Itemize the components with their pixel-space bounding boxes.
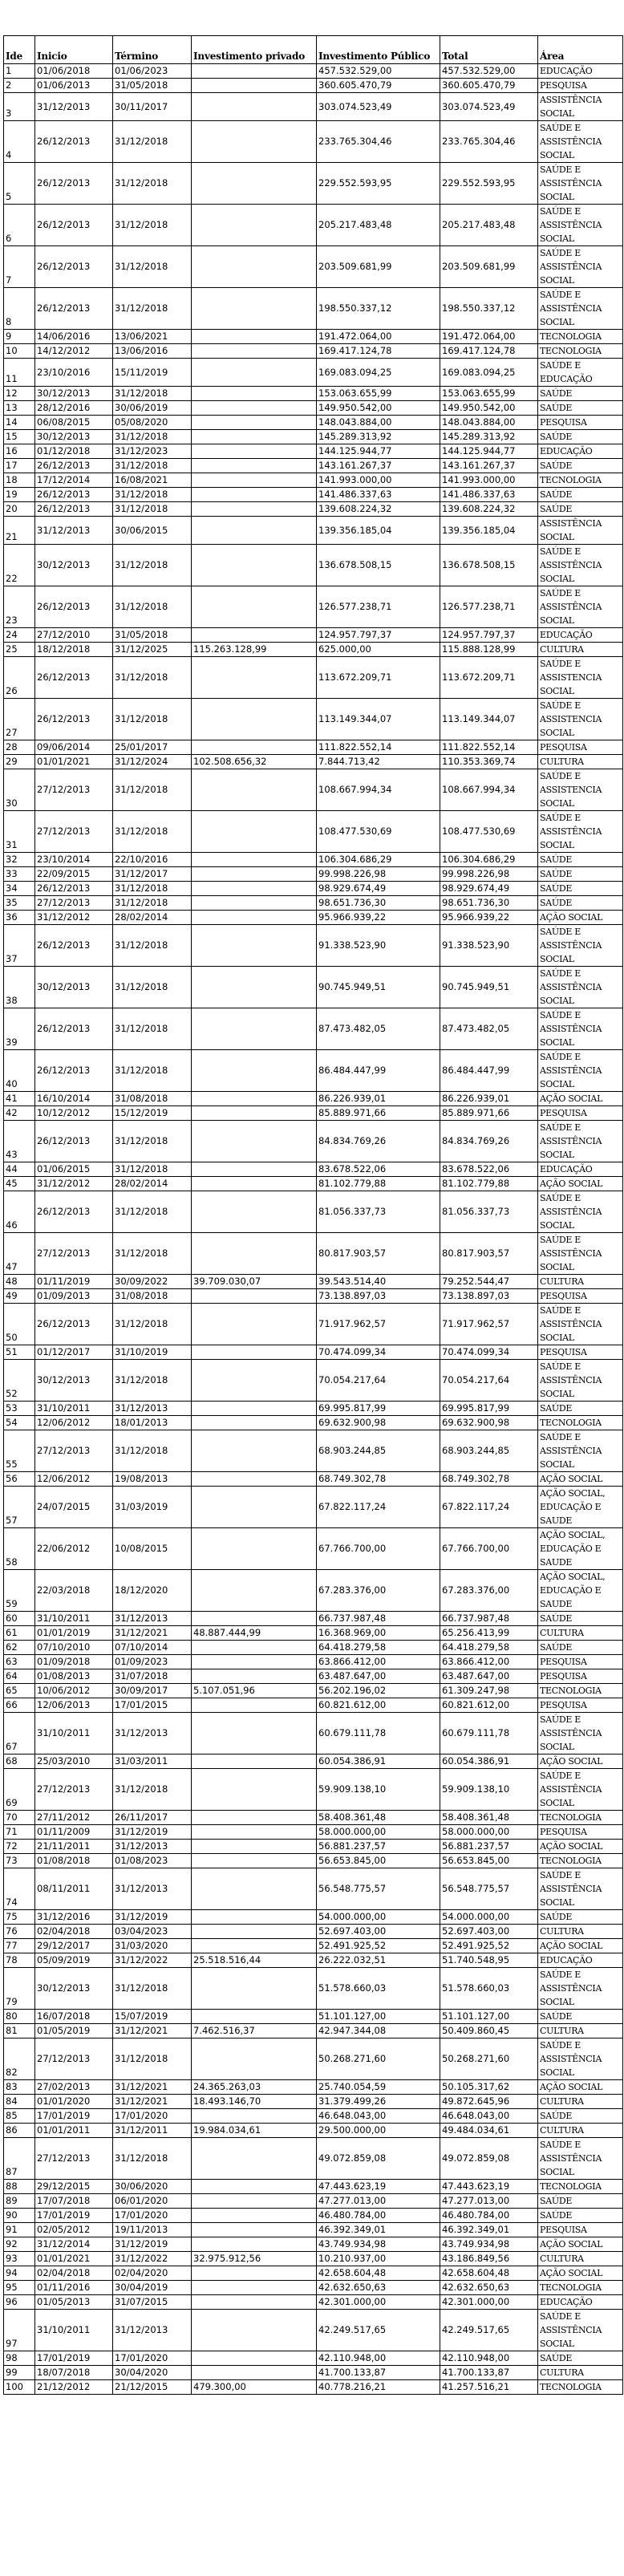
- cell-investimento-privado: [192, 586, 317, 628]
- cell-ide: 73: [4, 1854, 35, 1868]
- cell-termino: 30/06/2015: [113, 517, 192, 545]
- cell-total: 41.700.133,87: [440, 2366, 538, 2380]
- cell-total: 50.268.271,60: [440, 2038, 538, 2080]
- cell-area: PESQUISA: [538, 1289, 623, 1304]
- cell-area: SAÚDE E ASSISTÊNCIA SOCIAL: [538, 288, 623, 330]
- cell-inicio: 31/12/2016: [35, 1910, 113, 1925]
- table-row: 5527/12/201331/12/201868.903.244,8568.90…: [4, 1430, 623, 1472]
- cell-area: PESQUISA: [538, 79, 623, 93]
- cell-inicio: 30/12/2013: [35, 1968, 113, 2010]
- cell-inicio: 26/12/2013: [35, 1121, 113, 1162]
- cell-area: CULTURA: [538, 2124, 623, 2138]
- table-row: 1601/12/201831/12/2023144.125.944,77144.…: [4, 444, 623, 459]
- cell-termino: 19/11/2013: [113, 2223, 192, 2237]
- cell-inicio: 01/05/2013: [35, 2295, 113, 2310]
- table-row: 7221/11/201131/12/201356.881.237,5756.88…: [4, 1840, 623, 1854]
- cell-termino: 31/12/2018: [113, 488, 192, 502]
- cell-inicio: 01/06/2018: [35, 64, 113, 79]
- cell-investimento-privado: [192, 517, 317, 545]
- cell-ide: 27: [4, 699, 35, 740]
- cell-total: 84.834.769,26: [440, 1121, 538, 1162]
- cell-ide: 100: [4, 2380, 35, 2395]
- cell-total: 111.822.552,14: [440, 740, 538, 755]
- header-investimento-publico: Investimento Público: [317, 36, 440, 64]
- cell-total: 113.149.344,07: [440, 699, 538, 740]
- cell-investimento-privado: [192, 1162, 317, 1177]
- cell-investimento-publico: 81.056.337,73: [317, 1191, 440, 1233]
- cell-ide: 92: [4, 2237, 35, 2252]
- cell-termino: 28/02/2014: [113, 911, 192, 925]
- cell-total: 68.903.244,85: [440, 1430, 538, 1472]
- cell-inicio: 29/12/2017: [35, 1939, 113, 1953]
- cell-area: AÇÃO SOCIAL, EDUCAÇÃO E SAUDE: [538, 1528, 623, 1570]
- cell-inicio: 30/12/2013: [35, 430, 113, 444]
- cell-termino: 31/12/2013: [113, 1713, 192, 1755]
- cell-termino: 31/03/2019: [113, 1487, 192, 1528]
- cell-investimento-privado: [192, 1289, 317, 1304]
- cell-total: 60.679.111,78: [440, 1713, 538, 1755]
- cell-total: 58.408.361,48: [440, 1811, 538, 1825]
- cell-ide: 33: [4, 867, 35, 882]
- cell-investimento-privado: [192, 769, 317, 811]
- cell-termino: 31/05/2018: [113, 79, 192, 93]
- cell-area: SAÚDE: [538, 882, 623, 896]
- cell-investimento-privado: 115.263.128,99: [192, 643, 317, 657]
- table-row: 4326/12/201331/12/201884.834.769,2684.83…: [4, 1121, 623, 1162]
- cell-ide: 54: [4, 1416, 35, 1430]
- cell-investimento-privado: [192, 1669, 317, 1684]
- cell-area: SAÚDE: [538, 2010, 623, 2024]
- cell-investimento-publico: 108.667.994,34: [317, 769, 440, 811]
- cell-investimento-publico: 111.822.552,14: [317, 740, 440, 755]
- cell-investimento-privado: [192, 64, 317, 79]
- cell-ide: 65: [4, 1684, 35, 1698]
- cell-inicio: 30/12/2013: [35, 967, 113, 1008]
- cell-inicio: 27/12/2013: [35, 1233, 113, 1275]
- cell-investimento-privado: 39.709.030,07: [192, 1275, 317, 1289]
- cell-termino: 31/12/2018: [113, 1769, 192, 1811]
- cell-investimento-privado: [192, 2295, 317, 2310]
- cell-total: 73.138.897,03: [440, 1289, 538, 1304]
- cell-ide: 35: [4, 896, 35, 911]
- cell-investimento-privado: [192, 1612, 317, 1626]
- cell-total: 68.749.302,78: [440, 1472, 538, 1487]
- cell-inicio: 18/07/2018: [35, 2366, 113, 2380]
- cell-area: PESQUISA: [538, 740, 623, 755]
- cell-area: SAÚDE E ASSISTÊNCIA SOCIAL: [538, 1121, 623, 1162]
- cell-investimento-publico: 191.472.064,00: [317, 330, 440, 344]
- cell-total: 203.509.681,99: [440, 246, 538, 288]
- cell-investimento-publico: 50.268.271,60: [317, 2038, 440, 2080]
- cell-investimento-publico: 60.679.111,78: [317, 1713, 440, 1755]
- cell-investimento-publico: 198.550.337,12: [317, 288, 440, 330]
- cell-investimento-publico: 108.477.530,69: [317, 811, 440, 853]
- cell-investimento-privado: [192, 1092, 317, 1106]
- cell-inicio: 29/12/2015: [35, 2180, 113, 2194]
- cell-investimento-privado: [192, 1008, 317, 1050]
- cell-ide: 78: [4, 1953, 35, 1968]
- cell-termino: 31/12/2018: [113, 896, 192, 911]
- table-row: 8517/01/201917/01/202046.648.043,0046.64…: [4, 2109, 623, 2124]
- cell-termino: 31/12/2018: [113, 1121, 192, 1162]
- cell-inicio: 01/11/2016: [35, 2281, 113, 2295]
- cell-termino: 22/10/2016: [113, 853, 192, 867]
- cell-ide: 25: [4, 643, 35, 657]
- cell-investimento-privado: [192, 444, 317, 459]
- cell-area: AÇÃO SOCIAL: [538, 1939, 623, 1953]
- cell-investimento-privado: [192, 2310, 317, 2351]
- cell-termino: 31/12/2018: [113, 1360, 192, 1402]
- cell-area: ASSISTÊNCIA SOCIAL: [538, 93, 623, 121]
- cell-investimento-publico: 86.484.447,99: [317, 1050, 440, 1092]
- cell-total: 58.000.000,00: [440, 1825, 538, 1840]
- cell-inicio: 27/12/2010: [35, 628, 113, 643]
- cell-termino: 31/10/2019: [113, 1345, 192, 1360]
- cell-ide: 26: [4, 657, 35, 699]
- cell-total: 56.548.775,57: [440, 1868, 538, 1910]
- cell-investimento-privado: [192, 2351, 317, 2366]
- cell-investimento-publico: 10.210.937,00: [317, 2252, 440, 2266]
- cell-area: PESQUISA: [538, 1825, 623, 1840]
- cell-termino: 31/03/2011: [113, 1755, 192, 1769]
- cell-termino: 31/12/2018: [113, 430, 192, 444]
- cell-total: 141.486.337,63: [440, 488, 538, 502]
- cell-termino: 31/05/2018: [113, 628, 192, 643]
- cell-area: PESQUISA: [538, 2223, 623, 2237]
- cell-termino: 31/12/2018: [113, 502, 192, 517]
- cell-termino: 31/08/2018: [113, 1289, 192, 1304]
- cell-area: PESQUISA: [538, 416, 623, 430]
- table-row: 5230/12/201331/12/201870.054.217,6470.05…: [4, 1360, 623, 1402]
- cell-ide: 93: [4, 2252, 35, 2266]
- cell-ide: 32: [4, 853, 35, 867]
- cell-area: SAÚDE E ASSISTÊNCIA SOCIAL: [538, 1968, 623, 2010]
- cell-inicio: 17/12/2014: [35, 473, 113, 488]
- cell-investimento-privado: [192, 1233, 317, 1275]
- cell-area: CULTURA: [538, 755, 623, 769]
- cell-investimento-publico: 70.474.099,34: [317, 1345, 440, 1360]
- cell-ide: 53: [4, 1402, 35, 1416]
- cell-ide: 34: [4, 882, 35, 896]
- cell-inicio: 16/07/2018: [35, 2010, 113, 2024]
- cell-inicio: 17/01/2019: [35, 2351, 113, 2366]
- cell-total: 42.110.948,00: [440, 2351, 538, 2366]
- table-row: 9817/01/201917/01/202042.110.948,0042.11…: [4, 2351, 623, 2366]
- cell-investimento-publico: 141.486.337,63: [317, 488, 440, 502]
- cell-termino: 31/07/2018: [113, 1669, 192, 1684]
- cell-investimento-privado: 19.984.034,61: [192, 2124, 317, 2138]
- cell-investimento-publico: 124.957.797,37: [317, 628, 440, 643]
- cell-area: AÇÃO SOCIAL: [538, 1092, 623, 1106]
- cell-inicio: 12/06/2012: [35, 1472, 113, 1487]
- table-row: 9501/11/201630/04/201942.632.650,6342.63…: [4, 2281, 623, 2295]
- cell-investimento-privado: [192, 359, 317, 387]
- cell-ide: 90: [4, 2209, 35, 2223]
- cell-inicio: 02/04/2018: [35, 2266, 113, 2281]
- table-row: 6301/09/201801/09/202363.866.412,0063.86…: [4, 1655, 623, 1669]
- cell-inicio: 27/12/2013: [35, 2138, 113, 2180]
- cell-ide: 76: [4, 1925, 35, 1939]
- cell-investimento-privado: [192, 925, 317, 967]
- cell-termino: 05/08/2020: [113, 416, 192, 430]
- cell-ide: 22: [4, 545, 35, 586]
- cell-ide: 63: [4, 1655, 35, 1669]
- cell-ide: 57: [4, 1487, 35, 1528]
- cell-investimento-publico: 51.578.660,03: [317, 1968, 440, 2010]
- cell-termino: 30/04/2019: [113, 2281, 192, 2295]
- cell-termino: 17/01/2020: [113, 2109, 192, 2124]
- cell-inicio: 31/12/2013: [35, 517, 113, 545]
- cell-area: SAÚDE E ASSISTÊNCIA SOCIAL: [538, 1769, 623, 1811]
- cell-termino: 15/12/2019: [113, 1106, 192, 1121]
- cell-total: 52.491.925,52: [440, 1939, 538, 1953]
- cell-total: 67.822.117,24: [440, 1487, 538, 1528]
- cell-termino: 31/12/2022: [113, 2252, 192, 2266]
- table-row: 726/12/201331/12/2018203.509.681,99203.5…: [4, 246, 623, 288]
- cell-investimento-privado: [192, 488, 317, 502]
- cell-termino: 31/12/2018: [113, 246, 192, 288]
- cell-total: 70.054.217,64: [440, 1360, 538, 1402]
- cell-investimento-publico: 7.844.713,42: [317, 755, 440, 769]
- cell-investimento-privado: [192, 2281, 317, 2295]
- cell-termino: 17/01/2020: [113, 2351, 192, 2366]
- table-row: 6927/12/201331/12/201859.909.138,1059.90…: [4, 1769, 623, 1811]
- cell-investimento-privado: [192, 79, 317, 93]
- table-row: 8601/01/201131/12/201119.984.034,6129.50…: [4, 2124, 623, 2138]
- cell-investimento-privado: [192, 699, 317, 740]
- cell-investimento-privado: [192, 1177, 317, 1191]
- cell-area: SAÚDE E ASSISTÊNCIA SOCIAL: [538, 545, 623, 586]
- cell-termino: 31/12/2018: [113, 2038, 192, 2080]
- cell-inicio: 25/03/2010: [35, 1755, 113, 1769]
- table-row: 4801/11/201930/09/202239.709.030,0739.54…: [4, 1275, 623, 1289]
- cell-ide: 47: [4, 1233, 35, 1275]
- cell-termino: 30/09/2017: [113, 1684, 192, 1698]
- cell-inicio: 26/12/2013: [35, 502, 113, 517]
- cell-ide: 28: [4, 740, 35, 755]
- cell-area: CULTURA: [538, 2366, 623, 2380]
- cell-investimento-publico: 99.998.226,98: [317, 867, 440, 882]
- table-row: 1014/12/201213/06/2016169.417.124,78169.…: [4, 344, 623, 359]
- cell-termino: 06/01/2020: [113, 2194, 192, 2209]
- cell-area: SAÚDE E ASSISTÊNCIA SOCIAL: [538, 1008, 623, 1050]
- cell-investimento-privado: [192, 1487, 317, 1528]
- cell-investimento-publico: 153.063.655,99: [317, 387, 440, 401]
- cell-termino: 01/06/2023: [113, 64, 192, 79]
- table-row: 4026/12/201331/12/201886.484.447,9986.48…: [4, 1050, 623, 1092]
- cell-termino: 30/11/2017: [113, 93, 192, 121]
- cell-area: AÇÃO SOCIAL, EDUCAÇÃO E SAUDE: [538, 1487, 623, 1528]
- cell-inicio: 27/12/2013: [35, 1430, 113, 1472]
- cell-ide: 45: [4, 1177, 35, 1191]
- cell-ide: 88: [4, 2180, 35, 2194]
- cell-total: 46.480.784,00: [440, 2209, 538, 2223]
- cell-area: SAÚDE E ASSISTÊNCIA SOCIAL: [538, 163, 623, 205]
- cell-investimento-publico: 56.653.845,00: [317, 1854, 440, 1868]
- cell-inicio: 27/11/2012: [35, 1811, 113, 1825]
- cell-investimento-publico: 360.605.470,79: [317, 79, 440, 93]
- cell-total: 42.632.650,63: [440, 2281, 538, 2295]
- cell-termino: 31/12/2018: [113, 967, 192, 1008]
- cell-area: PESQUISA: [538, 1106, 623, 1121]
- table-row: 9017/01/201917/01/202046.480.784,0046.48…: [4, 2209, 623, 2223]
- cell-area: SAÚDE E ASSISTÊNCIA SOCIAL: [538, 1713, 623, 1755]
- cell-area: TECNOLOGIA: [538, 1684, 623, 1698]
- cell-investimento-publico: 52.491.925,52: [317, 1939, 440, 1953]
- cell-inicio: 01/01/2021: [35, 2252, 113, 2266]
- cell-termino: 25/01/2017: [113, 740, 192, 755]
- cell-investimento-privado: [192, 401, 317, 416]
- cell-total: 145.289.313,92: [440, 430, 538, 444]
- table-row: 3223/10/201422/10/2016106.304.686,29106.…: [4, 853, 623, 867]
- cell-termino: 13/06/2021: [113, 330, 192, 344]
- cell-investimento-privado: [192, 1655, 317, 1669]
- table-row: 5922/03/201818/12/202067.283.376,0067.28…: [4, 1570, 623, 1612]
- cell-area: SAÚDE: [538, 2351, 623, 2366]
- cell-investimento-privado: [192, 2194, 317, 2209]
- cell-investimento-privado: [192, 896, 317, 911]
- header-ide: Ide: [4, 36, 35, 64]
- cell-investimento-privado: [192, 1360, 317, 1402]
- cell-investimento-publico: 42.301.000,00: [317, 2295, 440, 2310]
- cell-total: 149.950.542,00: [440, 401, 538, 416]
- table-row: 7729/12/201731/03/202052.491.925,5252.49…: [4, 1939, 623, 1953]
- table-row: 2901/01/202131/12/2024102.508.656,327.84…: [4, 755, 623, 769]
- cell-inicio: 28/12/2016: [35, 401, 113, 416]
- cell-termino: 31/12/2018: [113, 811, 192, 853]
- cell-ide: 58: [4, 1528, 35, 1570]
- cell-termino: 31/12/2018: [113, 1050, 192, 1092]
- cell-inicio: 31/12/2012: [35, 911, 113, 925]
- cell-termino: 30/06/2019: [113, 401, 192, 416]
- cell-area: CULTURA: [538, 1626, 623, 1641]
- cell-investimento-publico: 141.993.000,00: [317, 473, 440, 488]
- cell-area: SAÚDE E EDUCAÇÃO: [538, 359, 623, 387]
- cell-total: 70.474.099,34: [440, 1345, 538, 1360]
- cell-termino: 31/12/2024: [113, 755, 192, 769]
- cell-investimento-privado: [192, 1345, 317, 1360]
- cell-ide: 36: [4, 911, 35, 925]
- cell-inicio: 01/08/2018: [35, 1854, 113, 1868]
- table-row: 3926/12/201331/12/201887.473.482,0587.47…: [4, 1008, 623, 1050]
- cell-total: 54.000.000,00: [440, 1910, 538, 1925]
- cell-area: TECNOLOGIA: [538, 1811, 623, 1825]
- cell-ide: 14: [4, 416, 35, 430]
- cell-total: 66.737.987,48: [440, 1612, 538, 1626]
- cell-inicio: 31/10/2011: [35, 1713, 113, 1755]
- cell-ide: 18: [4, 473, 35, 488]
- table-row: 10021/12/201221/12/2015479.300,0040.778.…: [4, 2380, 623, 2395]
- cell-inicio: 01/01/2020: [35, 2095, 113, 2109]
- cell-inicio: 05/09/2019: [35, 1953, 113, 1968]
- cell-investimento-privado: [192, 657, 317, 699]
- cell-area: SAÚDE E ASSISTÊNCIA SOCIAL: [538, 925, 623, 967]
- cell-inicio: 30/12/2013: [35, 387, 113, 401]
- cell-total: 81.056.337,73: [440, 1191, 538, 1233]
- cell-investimento-publico: 25.740.054,59: [317, 2080, 440, 2095]
- cell-investimento-privado: [192, 1528, 317, 1570]
- cell-investimento-privado: [192, 330, 317, 344]
- cell-investimento-publico: 63.866.412,00: [317, 1655, 440, 1669]
- cell-investimento-publico: 139.356.185,04: [317, 517, 440, 545]
- cell-area: SAÚDE: [538, 867, 623, 882]
- cell-inicio: 02/05/2012: [35, 2223, 113, 2237]
- cell-inicio: 26/12/2013: [35, 459, 113, 473]
- table-row: 331/12/201330/11/2017303.074.523,49303.0…: [4, 93, 623, 121]
- cell-area: EDUCAÇÃO: [538, 1162, 623, 1177]
- cell-ide: 51: [4, 1345, 35, 1360]
- cell-inicio: 06/08/2015: [35, 416, 113, 430]
- cell-ide: 7: [4, 246, 35, 288]
- cell-area: CULTURA: [538, 643, 623, 657]
- cell-total: 124.957.797,37: [440, 628, 538, 643]
- cell-termino: 31/12/2018: [113, 387, 192, 401]
- cell-area: SAÚDE: [538, 2109, 623, 2124]
- cell-area: CULTURA: [538, 2252, 623, 2266]
- cell-inicio: 26/12/2013: [35, 925, 113, 967]
- cell-total: 98.651.736,30: [440, 896, 538, 911]
- cell-inicio: 17/07/2018: [35, 2194, 113, 2209]
- cell-investimento-privado: [192, 1472, 317, 1487]
- cell-termino: 31/12/2018: [113, 1430, 192, 1472]
- cell-total: 153.063.655,99: [440, 387, 538, 401]
- cell-area: TECNOLOGIA: [538, 473, 623, 488]
- table-row: 9731/10/201131/12/201342.249.517,6542.24…: [4, 2310, 623, 2351]
- cell-ide: 70: [4, 1811, 35, 1825]
- cell-area: SAÚDE E ASSISTÊNCIA SOCIAL: [538, 205, 623, 246]
- cell-investimento-publico: 52.697.403,00: [317, 1925, 440, 1939]
- cell-termino: 31/12/2013: [113, 2310, 192, 2351]
- table-row: 7805/09/201931/12/202225.518.516,4426.22…: [4, 1953, 623, 1968]
- cell-investimento-publico: 16.368.969,00: [317, 1626, 440, 1641]
- cell-total: 99.998.226,98: [440, 867, 538, 882]
- cell-termino: 31/12/2019: [113, 2237, 192, 2252]
- cell-total: 63.487.647,00: [440, 1669, 538, 1684]
- table-row: 4210/12/201215/12/201985.889.971,6685.88…: [4, 1106, 623, 1121]
- table-row: 9231/12/201431/12/201943.749.934,9843.74…: [4, 2237, 623, 2252]
- cell-investimento-privado: [192, 473, 317, 488]
- cell-investimento-publico: 233.765.304,46: [317, 121, 440, 163]
- cell-area: SAÚDE E ASSISTÊNCIA SOCIAL: [538, 586, 623, 628]
- cell-area: TECNOLOGIA: [538, 1416, 623, 1430]
- table-row: 4901/09/201331/08/201873.138.897,0373.13…: [4, 1289, 623, 1304]
- cell-ide: 69: [4, 1769, 35, 1811]
- cell-termino: 31/12/2021: [113, 1626, 192, 1641]
- cell-investimento-publico: 457.532.529,00: [317, 64, 440, 79]
- cell-investimento-privado: 5.107.051,96: [192, 1684, 317, 1698]
- cell-investimento-privado: 102.508.656,32: [192, 755, 317, 769]
- cell-termino: 17/01/2015: [113, 1698, 192, 1713]
- cell-investimento-publico: 81.102.779,88: [317, 1177, 440, 1191]
- table-row: 4116/10/201431/08/201886.226.939,0186.22…: [4, 1092, 623, 1106]
- cell-ide: 40: [4, 1050, 35, 1092]
- cell-investimento-privado: [192, 1416, 317, 1430]
- table-row: 7101/11/200931/12/201958.000.000,0058.00…: [4, 1825, 623, 1840]
- cell-investimento-privado: [192, 2237, 317, 2252]
- cell-ide: 72: [4, 1840, 35, 1854]
- cell-investimento-publico: 40.778.216,21: [317, 2380, 440, 2395]
- cell-area: SAÚDE: [538, 430, 623, 444]
- cell-ide: 41: [4, 1092, 35, 1106]
- table-row: 3426/12/201331/12/201898.929.674,4998.92…: [4, 882, 623, 896]
- cell-ide: 12: [4, 387, 35, 401]
- table-row: 6031/10/201131/12/201366.737.987,4866.73…: [4, 1612, 623, 1626]
- cell-ide: 29: [4, 755, 35, 769]
- cell-total: 139.608.224,32: [440, 502, 538, 517]
- cell-termino: 31/12/2021: [113, 2095, 192, 2109]
- table-row: 8727/12/201331/12/201849.072.859,0849.07…: [4, 2138, 623, 2180]
- cell-ide: 23: [4, 586, 35, 628]
